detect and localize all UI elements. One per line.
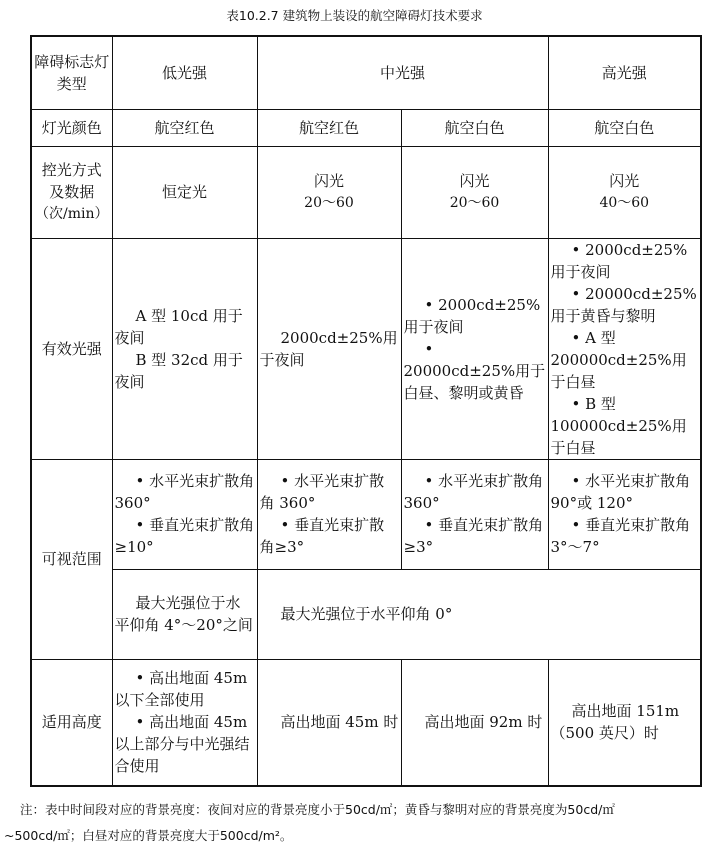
row-label-visibility: 可视范围 bbox=[31, 459, 112, 659]
control-high-rate: 40～60 bbox=[551, 192, 699, 214]
beam-medium-white-item: • 水平光束扩散角 360° bbox=[404, 470, 546, 514]
row-label-height: 适用高度 bbox=[31, 659, 112, 786]
control-medium-red: 闪光 20～60 bbox=[257, 146, 401, 238]
peak-others-text: 最大光强位于水平仰角 0° bbox=[260, 603, 699, 625]
row-label-intensity: 有效光强 bbox=[31, 238, 112, 459]
beam-low-item: • 水平光束扩散角 360° bbox=[115, 470, 255, 514]
beam-medium-red-item: • 垂直光束扩散角≥3° bbox=[260, 514, 399, 558]
header-low-intensity: 低光强 bbox=[112, 36, 257, 109]
header-row: 障碍标志灯类型 低光强 中光强 高光强 bbox=[31, 36, 701, 109]
intensity-high: • 2000cd±25%用于夜间 • 20000cd±25%用于黄昏与黎明 • … bbox=[548, 238, 701, 459]
row-label-control-line2: 及数据 bbox=[34, 181, 110, 203]
height-low: • 高出地面 45m 以下全部使用 • 高出地面 45m 以上部分与中光强结合使… bbox=[112, 659, 257, 786]
control-medium-white-mode: 闪光 bbox=[404, 170, 546, 192]
color-medium-white: 航空白色 bbox=[401, 109, 548, 146]
row-label-control: 控光方式 及数据 （次/min） bbox=[31, 146, 112, 238]
height-medium-red-text: 高出地面 45m 时 bbox=[260, 711, 399, 733]
height-row: 适用高度 • 高出地面 45m 以下全部使用 • 高出地面 45m 以上部分与中… bbox=[31, 659, 701, 786]
visibility-peak-row: 最大光强位于水平仰角 4°～20°之间 最大光强位于水平仰角 0° bbox=[31, 569, 701, 659]
height-low-item: • 高出地面 45m 以上部分与中光强结合使用 bbox=[115, 711, 255, 777]
beam-high-item: • 垂直光束扩散角 3°～7° bbox=[551, 514, 699, 558]
obstruction-light-spec-table: 障碍标志灯类型 低光强 中光强 高光强 灯光颜色 航空红色 航空红色 航空白色 … bbox=[30, 35, 702, 787]
intensity-high-item: • A 型 200000cd±25%用于白昼 bbox=[551, 327, 699, 393]
peak-low-text: 最大光强位于水平仰角 4°～20°之间 bbox=[115, 592, 255, 636]
row-label-color: 灯光颜色 bbox=[31, 109, 112, 146]
beam-low-item: • 垂直光束扩散角≥10° bbox=[115, 514, 255, 558]
table-note-line1: 注：表中时间段对应的背景亮度：夜间对应的背景亮度小于50cd/㎡；黄昏与黎明对应… bbox=[20, 800, 709, 818]
intensity-high-item: • 2000cd±25%用于夜间 bbox=[551, 239, 699, 283]
intensity-medium-red-item: 2000cd±25%用于夜间 bbox=[260, 327, 399, 371]
height-medium-white-text: 高出地面 92m 时 bbox=[404, 711, 546, 733]
color-row: 灯光颜色 航空红色 航空红色 航空白色 航空白色 bbox=[31, 109, 701, 146]
header-high-intensity: 高光强 bbox=[548, 36, 701, 109]
intensity-high-item: • 20000cd±25%用于黄昏与黎明 bbox=[551, 283, 699, 327]
height-medium-white: 高出地面 92m 时 bbox=[401, 659, 548, 786]
control-medium-white-rate: 20～60 bbox=[404, 192, 546, 214]
beam-medium-white-item: • 垂直光束扩散角≥3° bbox=[404, 514, 546, 558]
row-label-light-type: 障碍标志灯类型 bbox=[31, 36, 112, 109]
beam-medium-red: • 水平光束扩散角 360° • 垂直光束扩散角≥3° bbox=[257, 459, 401, 569]
table-note-line2: ~500cd/㎡；白昼对应的背景亮度大于500cd/m²。 bbox=[4, 826, 709, 844]
beam-medium-red-item: • 水平光束扩散角 360° bbox=[260, 470, 399, 514]
color-medium-red: 航空红色 bbox=[257, 109, 401, 146]
intensity-medium-white-item: • 2000cd±25%用于夜间 bbox=[404, 294, 546, 338]
control-medium-red-rate: 20～60 bbox=[260, 192, 399, 214]
row-label-control-line3: （次/min） bbox=[34, 203, 110, 225]
intensity-medium-red: 2000cd±25%用于夜间 bbox=[257, 238, 401, 459]
intensity-low-item: A 型 10cd 用于夜间 bbox=[115, 305, 255, 349]
intensity-high-item: • B 型 100000cd±25%用于白昼 bbox=[551, 393, 699, 459]
beam-medium-white: • 水平光束扩散角 360° • 垂直光束扩散角≥3° bbox=[401, 459, 548, 569]
color-high: 航空白色 bbox=[548, 109, 701, 146]
control-high: 闪光 40～60 bbox=[548, 146, 701, 238]
intensity-low-item: B 型 32cd 用于夜间 bbox=[115, 349, 255, 393]
table-title: 表10.2.7 建筑物上装设的航空障碍灯技术要求 bbox=[0, 6, 709, 24]
peak-others: 最大光强位于水平仰角 0° bbox=[257, 569, 701, 659]
peak-low: 最大光强位于水平仰角 4°～20°之间 bbox=[112, 569, 257, 659]
height-low-item: • 高出地面 45m 以下全部使用 bbox=[115, 667, 255, 711]
control-low: 恒定光 bbox=[112, 146, 257, 238]
beam-high-item: • 水平光束扩散角 90°或 120° bbox=[551, 470, 699, 514]
intensity-medium-white: • 2000cd±25%用于夜间 • 20000cd±25%用于白昼、黎明或黄昏 bbox=[401, 238, 548, 459]
height-high-text: 高出地面 151m（500 英尺）时 bbox=[551, 700, 699, 744]
control-high-mode: 闪光 bbox=[551, 170, 699, 192]
height-high: 高出地面 151m（500 英尺）时 bbox=[548, 659, 701, 786]
intensity-low: A 型 10cd 用于夜间 B 型 32cd 用于夜间 bbox=[112, 238, 257, 459]
beam-low: • 水平光束扩散角 360° • 垂直光束扩散角≥10° bbox=[112, 459, 257, 569]
row-label-control-line1: 控光方式 bbox=[34, 159, 110, 181]
visibility-beam-row: 可视范围 • 水平光束扩散角 360° • 垂直光束扩散角≥10° • 水平光束… bbox=[31, 459, 701, 569]
control-medium-red-mode: 闪光 bbox=[260, 170, 399, 192]
control-medium-white: 闪光 20～60 bbox=[401, 146, 548, 238]
header-medium-intensity: 中光强 bbox=[257, 36, 548, 109]
beam-high: • 水平光束扩散角 90°或 120° • 垂直光束扩散角 3°～7° bbox=[548, 459, 701, 569]
color-low: 航空红色 bbox=[112, 109, 257, 146]
height-medium-red: 高出地面 45m 时 bbox=[257, 659, 401, 786]
intensity-medium-white-item: • 20000cd±25%用于白昼、黎明或黄昏 bbox=[404, 338, 546, 404]
intensity-row: 有效光强 A 型 10cd 用于夜间 B 型 32cd 用于夜间 2000cd±… bbox=[31, 238, 701, 459]
control-row: 控光方式 及数据 （次/min） 恒定光 闪光 20～60 闪光 20～60 闪… bbox=[31, 146, 701, 238]
